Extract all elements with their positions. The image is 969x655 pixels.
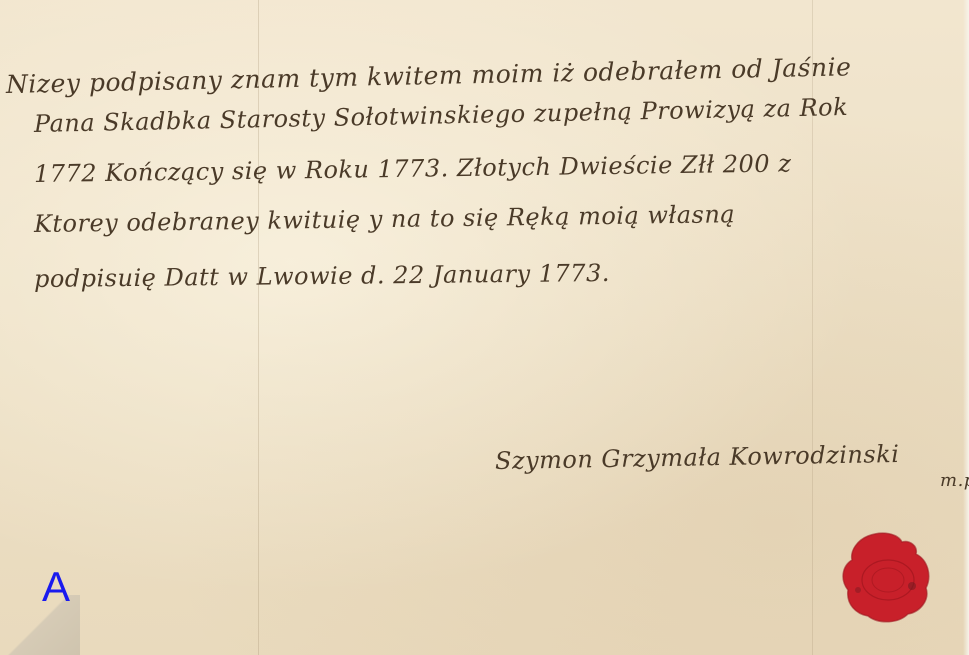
fold-line [258,0,259,655]
signature-tail: m.p. [940,470,969,491]
paper-edge [963,0,969,655]
wax-seal-icon [838,528,938,628]
panel-label: A [42,566,70,608]
